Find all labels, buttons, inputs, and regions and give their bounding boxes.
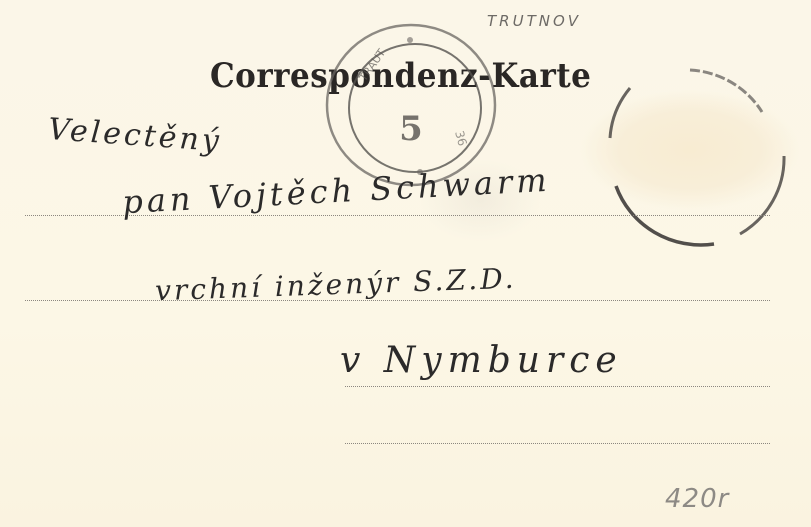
postmark-circle-left: 5 TRAUT 36 xyxy=(325,22,497,187)
pencil-price-note: 420r xyxy=(665,484,729,514)
svg-text:TRAUT: TRAUT xyxy=(356,46,388,84)
postmark-icon: 5 TRAUT 36 xyxy=(325,22,497,187)
pencil-location-note: TRUTNOV xyxy=(487,12,581,30)
faded-stamp-icon xyxy=(604,68,786,244)
handwritten-recipient-town: v Nymburce xyxy=(340,340,623,381)
address-line-4 xyxy=(345,443,770,444)
handwritten-salutation: Velectěný xyxy=(47,112,223,159)
svg-text:5: 5 xyxy=(399,109,423,149)
postcard-back: TRUTNOV Correspondenz-Karte 5 TRAUT 36 V… xyxy=(0,0,811,527)
postmark-circle-right xyxy=(604,68,786,244)
svg-text:36: 36 xyxy=(452,129,469,147)
address-line-2 xyxy=(25,300,770,301)
address-line-3 xyxy=(345,386,770,387)
